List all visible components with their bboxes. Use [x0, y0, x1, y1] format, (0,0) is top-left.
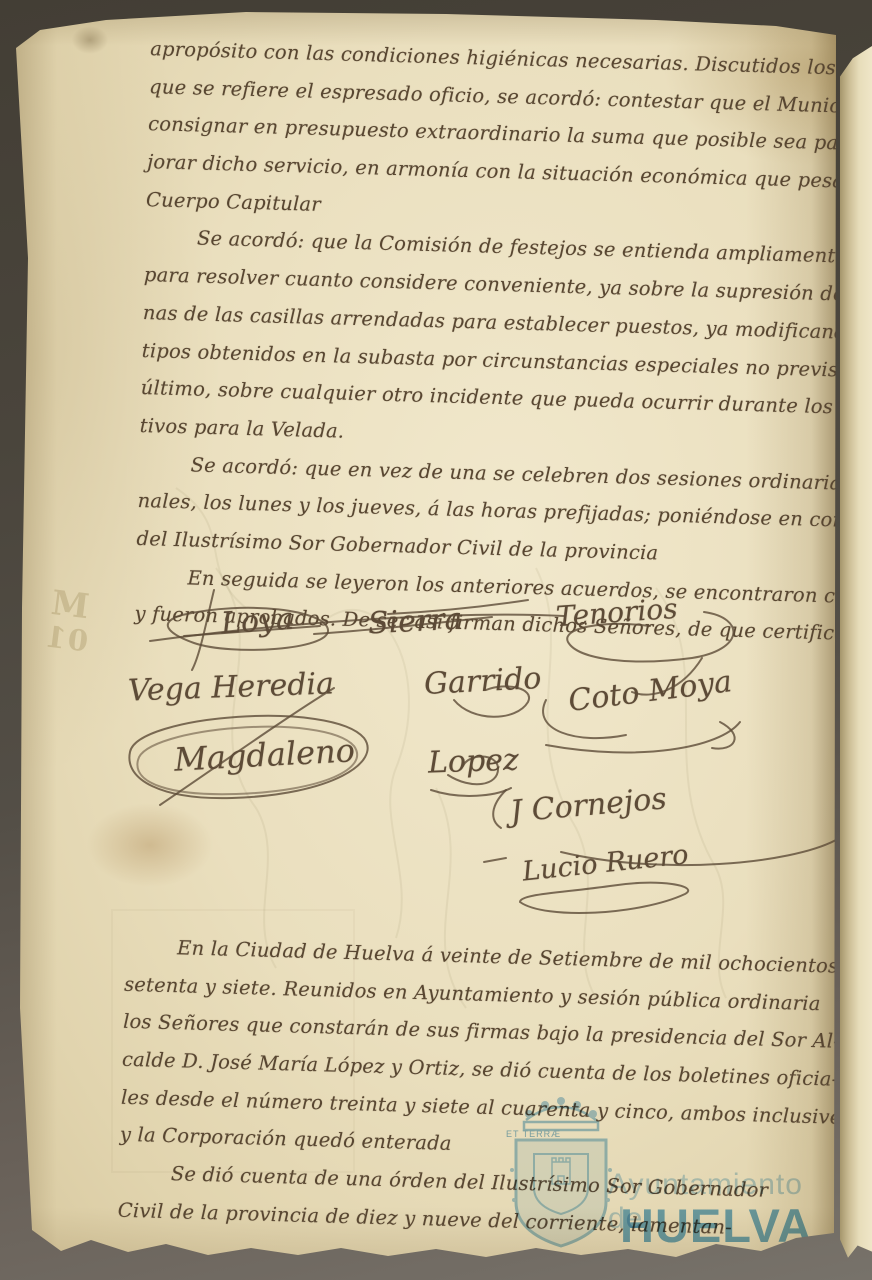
next-page-edge — [840, 46, 872, 1270]
signature-loya: Loya — [220, 602, 295, 642]
crest-motto-text: ET TERRÆ — [506, 1129, 561, 1139]
signature-lopez: Lopez — [427, 742, 519, 780]
photo-frame: M 01 apropósito con las condiciones higi… — [0, 0, 872, 1280]
signature-garrido: Garrido — [423, 661, 542, 702]
signature-flourishes — [16, 8, 836, 1270]
signature-vega-heredia: Vega Heredia — [127, 666, 334, 708]
signature-sierra: Sierra — [367, 602, 463, 642]
manuscript-page: M 01 apropósito con las condiciones higi… — [16, 8, 836, 1270]
